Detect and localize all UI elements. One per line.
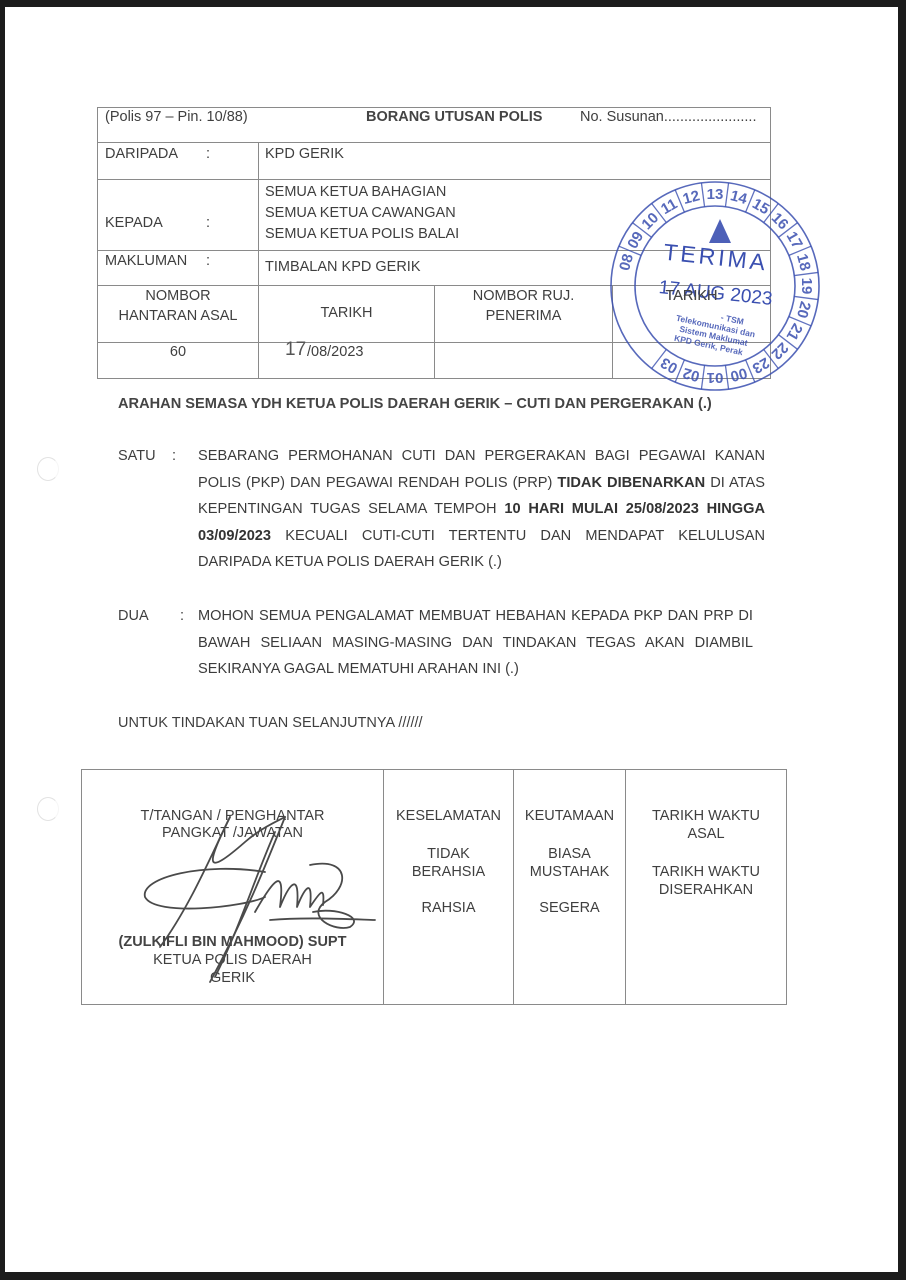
priority-header: KEUTAMAAN — [514, 808, 625, 825]
svg-text:18: 18 — [793, 252, 814, 273]
col-header-dispatch-no-1: NOMBOR — [98, 288, 258, 305]
priority-option-normal: BIASA — [514, 846, 625, 863]
priority-option-important: MUSTAHAK — [514, 864, 625, 881]
dispatch-date-day-handwritten: 17 — [285, 339, 306, 361]
stamp-label: TERIMA — [662, 239, 769, 276]
col-header-recipient-ref-1: NOMBOR RUJ. — [435, 288, 612, 305]
cc-value: TIMBALAN KPD GERIK — [265, 259, 421, 276]
para-1-colon: : — [172, 448, 176, 465]
closing-line: UNTUK TINDAKAN TUAN SELANJUTNYA ////// — [118, 715, 423, 732]
subject-line: ARAHAN SEMASA YDH KETUA POLIS DAERAH GER… — [118, 396, 712, 413]
security-option-not-classified-2: BERAHSIA — [384, 864, 513, 881]
dispatch-date: /08/2023 — [307, 344, 363, 361]
hole-punch-mark — [37, 797, 59, 821]
col-header-date: TARIKH — [259, 305, 434, 322]
emphasis-not-allowed: TIDAK DIBENARKAN — [557, 475, 705, 491]
paragraph-dua: MOHON SEMUA PENGALAMAT MEMBUAT HEBAHAN K… — [198, 603, 753, 683]
form-code: (Polis 97 – Pin. 10/88) — [105, 109, 248, 126]
para-2-colon: : — [180, 608, 184, 625]
datetime-origin-2: ASAL — [626, 826, 786, 843]
signature — [135, 807, 385, 1007]
from-label: DARIPADA — [105, 146, 178, 163]
to-value-2: SEMUA KETUA CAWANGAN — [265, 205, 456, 222]
datetime-delivered-1: TARIKH WAKTU — [626, 864, 786, 881]
received-stamp: 0809101112131415161718192021222300010203… — [608, 179, 822, 393]
datetime-delivered-2: DISERAHKAN — [626, 882, 786, 899]
security-option-secret: RAHSIA — [384, 900, 513, 917]
svg-text:19: 19 — [798, 278, 815, 295]
col-header-dispatch-no-2: HANTARAN ASAL — [98, 308, 258, 325]
to-colon: : — [206, 215, 210, 232]
to-label: KEPADA — [105, 215, 163, 232]
para-2-label: DUA — [118, 608, 149, 625]
from-colon: : — [206, 146, 210, 163]
paragraph-satu: SEBARANG PERMOHANAN CUTI DAN PERGERAKAN … — [198, 443, 765, 576]
security-header: KESELAMATAN — [384, 808, 513, 825]
svg-text:08: 08 — [616, 252, 637, 273]
svg-text:13: 13 — [707, 186, 724, 203]
col-header-recipient-ref-2: PENERIMA — [435, 308, 612, 325]
para-1-label: SATU — [118, 448, 156, 465]
col-header-received-date-overlay: TARIKH — [613, 288, 770, 305]
to-value-1: SEMUA KETUA BAHAGIAN — [265, 184, 446, 201]
svg-text:02: 02 — [681, 364, 702, 385]
to-value-3: SEMUA KETUA POLIS BALAI — [265, 226, 459, 243]
security-option-not-classified-1: TIDAK — [384, 846, 513, 863]
dispatch-number: 60 — [98, 344, 258, 361]
form-title: BORANG UTUSAN POLIS — [366, 109, 542, 126]
svg-text:12: 12 — [681, 187, 702, 208]
hole-punch-mark — [37, 457, 59, 481]
svg-text:00: 00 — [728, 364, 749, 385]
svg-text:20: 20 — [793, 299, 814, 320]
cc-colon: : — [206, 253, 210, 270]
datetime-origin-1: TARIKH WAKTU — [626, 808, 786, 825]
cc-label: MAKLUMAN — [105, 253, 187, 270]
priority-option-urgent: SEGERA — [514, 900, 625, 917]
serial-number-field: No. Susunan....................... — [580, 109, 768, 126]
svg-text:01: 01 — [707, 369, 724, 386]
svg-text:14: 14 — [728, 187, 749, 208]
document-page: (Polis 97 – Pin. 10/88) BORANG UTUSAN PO… — [5, 7, 898, 1272]
stamp-arrow-icon — [709, 219, 731, 243]
from-value: KPD GERIK — [265, 146, 344, 163]
